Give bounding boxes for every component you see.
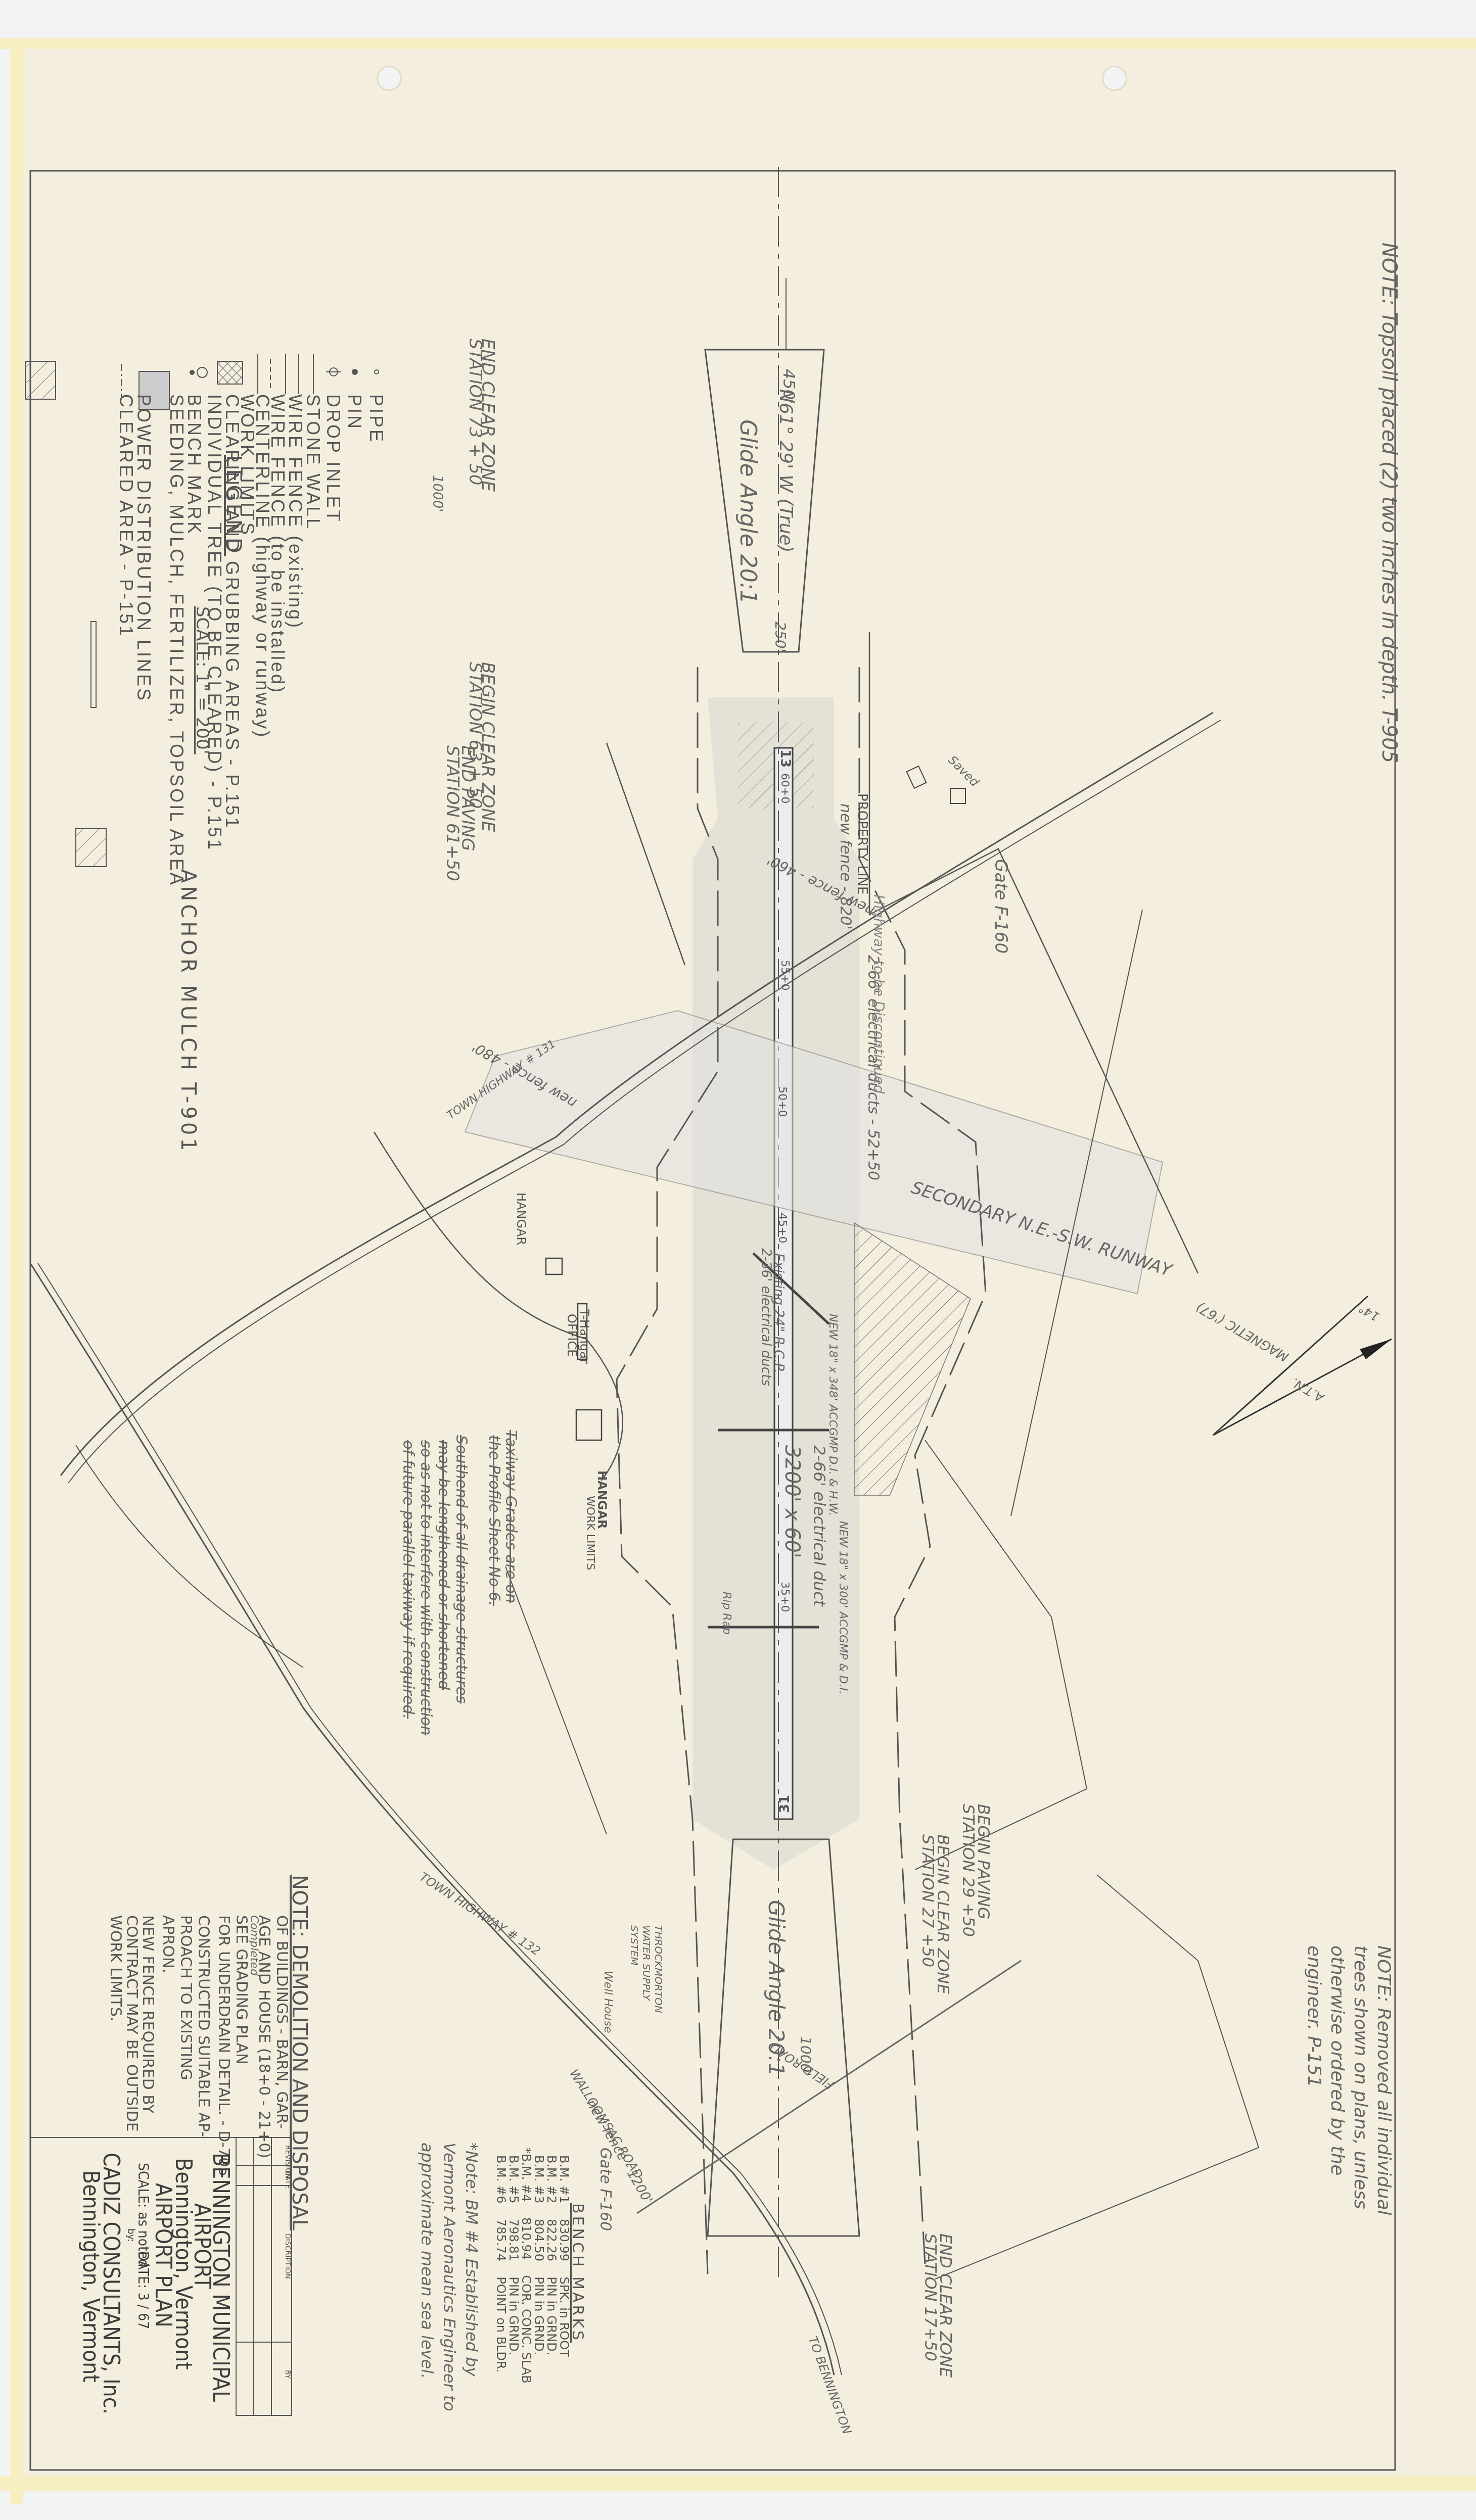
bench-mark-row: B.M. #3 804.50 PIN in GRND. xyxy=(532,2155,546,2355)
dim-250-north: 250' xyxy=(772,622,789,652)
demolition-note-line: WORK LIMITS. xyxy=(107,1915,124,2022)
property-line-east xyxy=(915,1440,1087,1870)
north-end-paving-station: STATION 61+50 xyxy=(442,745,463,881)
station-50: 50+0 xyxy=(776,1086,789,1117)
topsoil-note: NOTE: Topsoil placed (2) two inches in d… xyxy=(1375,243,1403,849)
legend-item-seeding: SEEDING, MULCH, FERTILIZER, TOPSOIL AREA xyxy=(166,394,187,887)
runway-dimension: 3200' x 60' xyxy=(780,1445,804,1558)
south-begin-paving-station: STATION 29 +50 xyxy=(959,1804,978,1937)
description-header: DISCRIPTION xyxy=(284,2233,292,2279)
bench-mark-row: B.M. #1 830.99 SPK. in ROOT xyxy=(557,2155,571,2357)
legend-item-drop-inlet: DROP INLET xyxy=(322,394,344,523)
north-end-clear-zone-station: STATION 73 + 50 xyxy=(465,339,485,485)
property-line-se xyxy=(935,1875,1259,2279)
date-value: DATE: 3 / 67 xyxy=(135,2251,152,2329)
legend-item-pin: PIN xyxy=(344,394,365,431)
tree-removal-note: NOTE: Removed all individual trees shown… xyxy=(1302,1945,1395,2249)
date-header: DATE xyxy=(284,2170,292,2189)
well-house-label: Well House xyxy=(602,1971,614,2033)
bench-mark-row: B.M. #6 785.74 POINT on BLDR. xyxy=(494,2155,508,2372)
runway-bearing: N61° 29' W (True) xyxy=(775,389,796,552)
hangar-building xyxy=(546,1258,562,1274)
runway-end-31: 31 xyxy=(777,1795,793,1813)
gate-north-label: Gate F-160 xyxy=(991,859,1011,954)
hangar-south-label: HANGAR xyxy=(595,1470,609,1529)
demolition-note-line: APRON. xyxy=(159,1915,177,1973)
water-supply-label: THROCKMORTON WATER SUPPLY SYSTEM xyxy=(628,1925,665,2026)
sheet-title: AIRPORT PLAN xyxy=(150,2183,176,2327)
scale-label: SCALE: 1" = 200' xyxy=(192,606,212,754)
station-35: 35+0 xyxy=(778,1582,791,1612)
south-begin-clear-zone-station: STATION 27 +50 xyxy=(918,1834,938,1967)
firm-location: Bennington, Vermont xyxy=(78,2170,104,2383)
taxiway-note-line-4: may be lengthened or shortened xyxy=(435,1440,452,1690)
dim-450-north: 450' xyxy=(779,369,799,404)
runway-end-13: 13 xyxy=(777,749,793,768)
electrical-duct-south-label: 2-66' electrical duct xyxy=(810,1445,829,1606)
property-line-label: PROPERTY LINE xyxy=(854,793,869,895)
dim-1000-north: 1000' xyxy=(430,475,445,512)
glide-angle-north: Glide Angle 20:1 xyxy=(735,419,761,604)
airport-access-road xyxy=(374,1132,623,1481)
taxiway-note-line-6: of future parallel taxiway if required. xyxy=(399,1440,417,1719)
new-cmp-south-label: NEW 18" x 300' ACCGMP & D.I. xyxy=(837,1521,849,1694)
station-55: 55+0 xyxy=(778,960,791,990)
hangar-label: HANGAR xyxy=(514,1193,528,1245)
t-hangar-label: T-Hangar xyxy=(577,1309,591,1364)
demolition-note-line: FOR UNDERDRAIN DETAIL. - D-705 xyxy=(215,1915,233,2176)
work-limits-label: WORK LIMITS xyxy=(584,1496,596,1570)
station-45: 45+0 xyxy=(776,1213,789,1243)
gate-south-label: Gate F-160 xyxy=(596,2148,614,2231)
station-60: 60+0 xyxy=(778,773,791,803)
demolition-note-line: SEE GRADING PLAN xyxy=(233,1915,250,2065)
taxiway-note-line-3: Southend of all drainage structures xyxy=(452,1435,470,1703)
south-end-clear-zone-station: STATION 17+50 xyxy=(921,2233,940,2361)
rip-rap-label: Rip Rap xyxy=(720,1592,733,1635)
taxiway-note-line-5: so as not to interfere with construction xyxy=(417,1440,435,1735)
bench-mark-row: B.M. #2 822.26 PIN in GRND. xyxy=(544,2155,559,2355)
taxiway-note-line-1: Taxiway Grades are on xyxy=(500,1430,521,1603)
legend-item-cleared-area: CLEARED AREA - P-151 xyxy=(115,394,136,638)
by-header: BY xyxy=(284,2370,292,2379)
demolition-note-line: OF BUILDINGS - BARN, GAR- xyxy=(273,1915,291,2129)
demolition-note-line: CONSTRUCTED SUITABLE AP- xyxy=(195,1915,212,2137)
office-building xyxy=(576,1410,602,1440)
legend-anchor-mulch: ANCHOR MULCH T-901 xyxy=(176,869,200,1154)
demolition-note-line: PROACH TO EXISTING xyxy=(177,1915,195,2080)
north-clear-zone xyxy=(705,350,824,652)
by-label: by: xyxy=(125,2228,137,2242)
bench-mark-row: B.M. #5 798.81 PIN in GRND. xyxy=(506,2155,521,2355)
taxiway-note-line-2: the Profile Sheet No 6. xyxy=(485,1435,503,1606)
demolition-note-line: CONTRACT MAY BE OUTSIDE xyxy=(123,1915,141,2132)
property-line-nw xyxy=(607,743,685,965)
bm4-note: *Note: BM #4 Established by Vermont Aero… xyxy=(416,2143,483,2446)
office-label: OFFICE xyxy=(565,1314,579,1357)
existing-electrical-ducts-label: 2-36' electrical ducts xyxy=(758,1248,773,1386)
bench-mark-row: *B.M. #4 810.94 COR. CONC. SLAB xyxy=(519,2148,533,2384)
legend-item-pipe: PIPE xyxy=(365,394,387,444)
demolition-note-line: NEW FENCE REQUIRED BY xyxy=(139,1915,157,2114)
highway-discontinued-label: Highway to be Discontinued xyxy=(870,894,887,1093)
bench-marks-title: BENCH MARKS xyxy=(569,2203,586,2343)
